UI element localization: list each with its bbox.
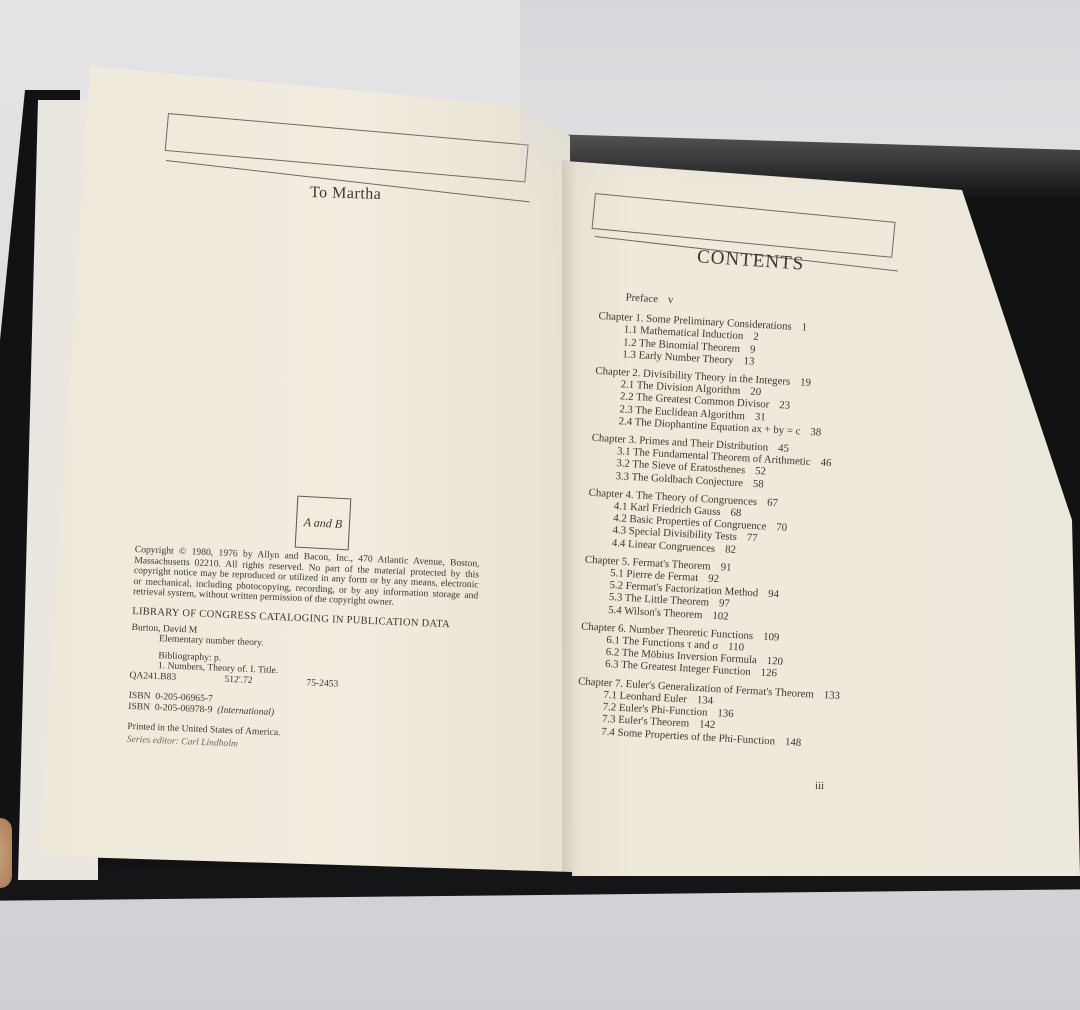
toc-page: 82 bbox=[725, 543, 736, 556]
cip-data: LIBRARY OF CONGRESS CATALOGING IN PUBLIC… bbox=[129, 605, 477, 695]
cip-lccn: 75-2453 bbox=[306, 678, 338, 690]
toc-page: v bbox=[668, 294, 674, 306]
photo-scene: To Martha A and B Copyright © 1980, 1976… bbox=[0, 0, 1080, 1010]
toc-page: 109 bbox=[763, 631, 780, 644]
toc-page: 133 bbox=[823, 689, 840, 702]
toc-page: 68 bbox=[730, 507, 741, 520]
toc-page: 102 bbox=[712, 609, 729, 622]
toc-page: 94 bbox=[768, 588, 779, 601]
toc-page: 134 bbox=[697, 694, 714, 707]
toc-label: Preface bbox=[625, 291, 658, 305]
cip-dewey: 512'.72 bbox=[224, 674, 306, 688]
isbn-number: 0-205-06978-9 bbox=[155, 701, 213, 714]
toc-page: 23 bbox=[779, 400, 790, 413]
toc-page: 52 bbox=[755, 465, 766, 478]
isbn-list: ISBN 0-205-06965-7 ISBN 0-205-06978-9 (I… bbox=[128, 691, 474, 726]
toc-page: 91 bbox=[720, 561, 731, 574]
publisher-logo-icon: A and B bbox=[295, 496, 352, 551]
table-of-contents: Prefacev Chapter 1. Some Preliminary Con… bbox=[575, 290, 959, 756]
toc-page: 2 bbox=[753, 331, 759, 343]
toc-page: 1 bbox=[801, 322, 807, 334]
toc-page: 92 bbox=[708, 573, 719, 586]
toc-page: 58 bbox=[753, 477, 764, 490]
publisher-logo-text: A and B bbox=[303, 515, 342, 532]
toc-page: 45 bbox=[778, 442, 789, 455]
toc-page: 70 bbox=[776, 521, 787, 534]
toc-page: 19 bbox=[800, 376, 811, 389]
toc-page: 20 bbox=[750, 386, 761, 399]
toc-page: 97 bbox=[719, 598, 730, 611]
toc-page: 110 bbox=[728, 641, 744, 654]
toc-page: 46 bbox=[820, 457, 831, 470]
page-number: iii bbox=[815, 780, 825, 792]
toc-page: 120 bbox=[766, 655, 783, 668]
toc-page: 148 bbox=[785, 736, 802, 749]
toc-page: 142 bbox=[699, 719, 716, 732]
finger bbox=[0, 818, 12, 888]
toc-page: 31 bbox=[755, 410, 766, 423]
toc-page: 136 bbox=[717, 707, 734, 720]
toc-page: 9 bbox=[750, 343, 756, 355]
dedication: To Martha bbox=[310, 184, 382, 204]
toc-page: 67 bbox=[767, 497, 778, 510]
isbn-note: (International) bbox=[217, 704, 274, 717]
toc-page: 13 bbox=[743, 355, 754, 368]
copyright-page-block: Copyright © 1980, 1976 by Allyn and Baco… bbox=[127, 545, 480, 759]
gutter-shadow bbox=[562, 160, 578, 876]
toc-page: 126 bbox=[760, 667, 777, 680]
isbn-label: ISBN bbox=[128, 700, 150, 712]
toc-page: 38 bbox=[810, 426, 821, 439]
toc-page: 77 bbox=[746, 532, 757, 545]
